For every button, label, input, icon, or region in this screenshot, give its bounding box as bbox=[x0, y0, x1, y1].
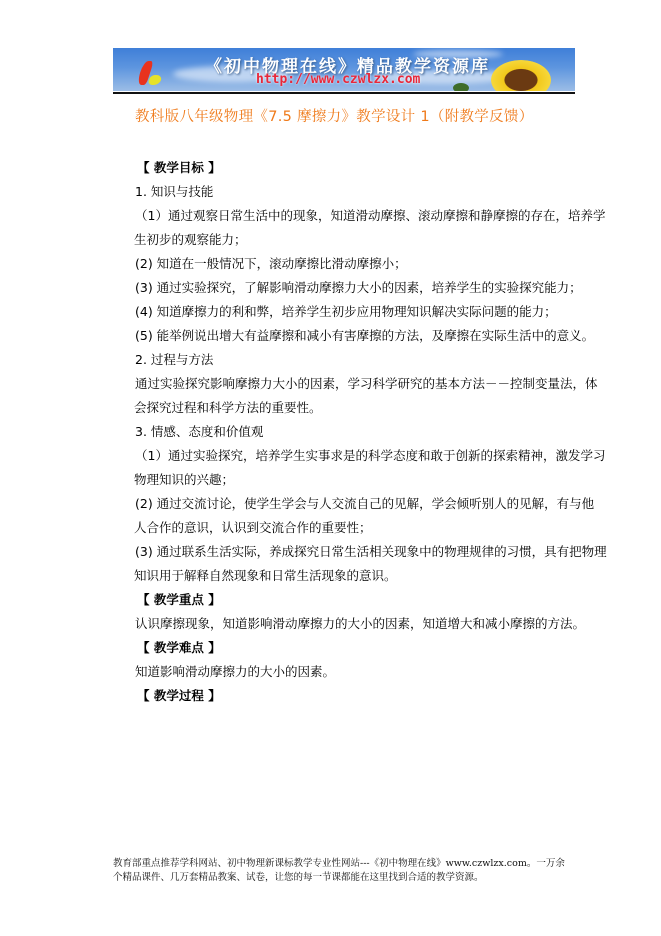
paragraph-line: 2. 过程与方法 bbox=[135, 352, 213, 368]
leaf-decoration bbox=[453, 83, 469, 91]
section-heading: 【 教学过程 】 bbox=[137, 688, 221, 704]
site-url: http://www.czwlzx.com bbox=[256, 72, 420, 87]
paragraph-line: (2) 通过交流讨论，使学生学会与人交流自己的见解，学会倾听别人的见解，有与他 bbox=[135, 496, 594, 512]
page-footer: 教育部重点推荐学科网站、初中物理新课标教学专业性网站---《初中物理在线》www… bbox=[113, 857, 583, 885]
paragraph-line: 知道影响滑动摩擦力的大小的因素。 bbox=[135, 664, 335, 680]
site-logo-accent-icon bbox=[147, 75, 163, 85]
paragraph-line: 3. 情感、态度和价值观 bbox=[135, 424, 263, 440]
section-heading: 【 教学重点 】 bbox=[137, 592, 221, 608]
paragraph-line: 物理知识的兴趣； bbox=[134, 472, 234, 488]
header-divider bbox=[113, 92, 575, 94]
section-heading: 【 教学目标 】 bbox=[137, 160, 221, 176]
paragraph-line: 认识摩擦现象，知道影响滑动摩擦力的大小的因素，知道增大和减小摩擦的方法。 bbox=[135, 616, 585, 632]
sunflower-petals bbox=[491, 60, 551, 91]
footer-line-1: 教育部重点推荐学科网站、初中物理新课标教学专业性网站---《初中物理在线》www… bbox=[113, 857, 583, 871]
paragraph-line: （1）通过观察日常生活中的现象，知道滑动摩擦、滚动摩擦和静摩擦的存在，培养学 bbox=[135, 208, 605, 224]
section-heading: 【 教学难点 】 bbox=[137, 640, 221, 656]
footer-line-2: 个精品课件、几万套精品教案、试卷，让您的每一节课都能在这里找到合适的教学资源。 bbox=[113, 871, 583, 885]
paragraph-line: 1. 知识与技能 bbox=[135, 184, 213, 200]
paragraph-line: (2) 知道在一般情况下，滚动摩擦比滑动摩擦小； bbox=[135, 256, 407, 272]
paragraph-line: 人合作的意识，认识到交流合作的重要性； bbox=[134, 520, 372, 536]
paragraph-line: 会探究过程和科学方法的重要性。 bbox=[134, 400, 322, 416]
document-title: 教科版八年级物理《7.5 摩擦力》教学设计 1（附教学反馈） bbox=[135, 105, 534, 126]
paragraph-line: 知识用于解释自然现象和日常生活现象的意识。 bbox=[134, 568, 397, 584]
paragraph-line: （1）通过实验探究，培养学生实事求是的科学态度和敢于创新的探索精神，激发学习 bbox=[135, 448, 605, 464]
paragraph-line: 通过实验探究影响摩擦力大小的因素，学习科学研究的基本方法－－控制变量法，体 bbox=[135, 376, 598, 392]
paragraph-line: (3) 通过实验探究，了解影响滑动摩擦力大小的因素，培养学生的实验探究能力； bbox=[135, 280, 582, 296]
paragraph-line: 生初步的观察能力； bbox=[134, 232, 247, 248]
paragraph-line: (5) 能举例说出增大有益摩擦和减小有害摩擦的方法，及摩擦在实际生活中的意义。 bbox=[135, 328, 594, 344]
sunflower-icon bbox=[491, 60, 551, 91]
paragraph-line: (4) 知道摩擦力的利和弊，培养学生初步应用物理知识解决实际问题的能力； bbox=[135, 304, 557, 320]
site-banner: 《初中物理在线》精品教学资源库 http://www.czwlzx.com bbox=[113, 48, 575, 91]
paragraph-line: (3) 通过联系生活实际，养成探究日常生活相关现象中的物理规律的习惯，具有把物理 bbox=[135, 544, 607, 560]
